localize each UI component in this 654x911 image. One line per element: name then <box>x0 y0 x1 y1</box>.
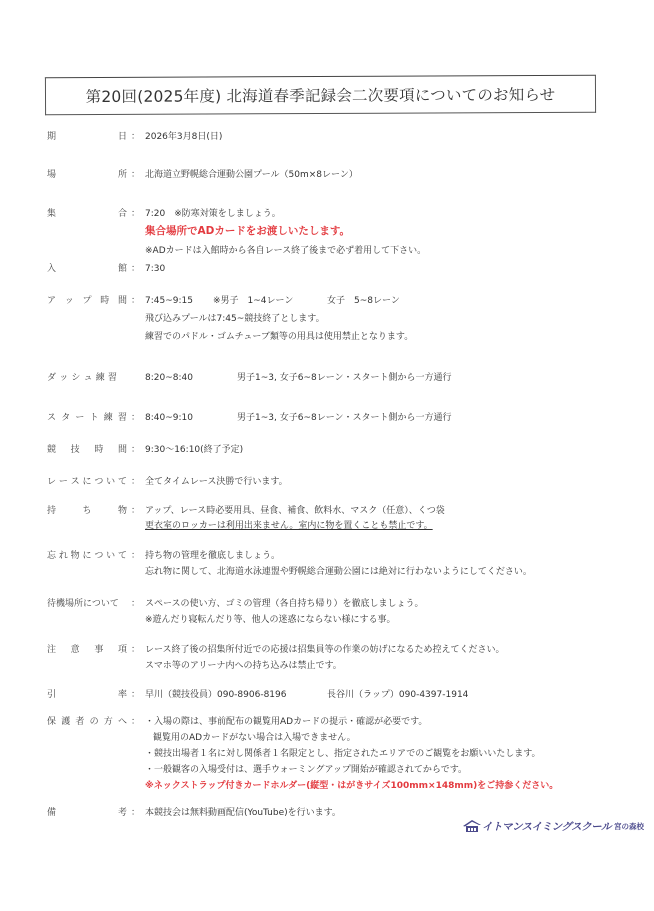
label-char: 練 <box>104 411 113 426</box>
colon: ： <box>131 549 140 564</box>
label-char: ー <box>75 411 84 426</box>
label-char: 技 <box>71 443 80 458</box>
label-char: 間 <box>118 443 127 458</box>
colon: ： <box>131 643 140 658</box>
label-date: 期 日 <box>47 130 127 145</box>
card-holder-notice: ※ネックストラップ付きカードホルダー(縦型・はがきサイズ100mm×148mm)… <box>145 779 558 794</box>
escort-contact-1: 早川（競技役員）090-8906-8196 <box>145 688 286 703</box>
label-char: に <box>82 549 91 564</box>
colon: ： <box>131 294 140 309</box>
label-char: 間 <box>118 294 127 309</box>
label-start-practice: ス タ ー ト 練 習 <box>47 411 127 426</box>
label-warmup: ア ッ プ 時 間 <box>47 294 127 309</box>
label-char: つ <box>94 475 103 490</box>
guardians-line-4: ・一般観客の入場受付は、選手ウォーミングアップ開始が確認されてからです。 <box>145 763 467 778</box>
cautions-value: レース終了後の招集所付近での応援は招集員等の作業の妨げになるため控えてください。 <box>145 643 505 658</box>
label-char: タ <box>61 411 70 426</box>
logo-name: イトマンスイミングスクール <box>482 819 611 834</box>
label-char: 習 <box>108 371 117 386</box>
label-char: ー <box>59 475 68 490</box>
remarks-value: 本競技会は無料動画配信(YouTube)を行います。 <box>145 806 341 821</box>
label-guardians: 保 護 者 の 方 へ <box>47 715 127 730</box>
label-char: ト <box>90 411 99 426</box>
label-char: 注 <box>47 643 56 658</box>
colon: ： <box>131 504 140 519</box>
label-char: い <box>106 549 115 564</box>
colon: ： <box>131 688 140 703</box>
label-char: つ <box>94 549 103 564</box>
label-char: ス <box>47 411 56 426</box>
warmup-equipment-note: 練習でのパドル・ゴムチューブ類等の用具は使用禁止となります。 <box>145 330 413 345</box>
label-char: 意 <box>71 643 80 658</box>
label-char: ッ <box>59 371 68 386</box>
colon: ： <box>131 443 140 458</box>
lost-items-value: 持ち物の管理を徹底しましょう。 <box>145 549 280 564</box>
label-char: 集 <box>47 207 56 222</box>
label-char: ち <box>82 504 91 519</box>
label-char: ア <box>47 294 56 309</box>
label-char: 日 <box>118 130 127 145</box>
label-char: 時 <box>94 443 103 458</box>
guardians-line-3: ・競技出場者１名に対し関係者１名限定とし、指定されたエリアでのご観覧をお願いいた… <box>145 747 541 762</box>
label-char: へ <box>118 715 127 730</box>
warmup-boys-lanes: ※男子 1~4レーン <box>213 294 293 309</box>
house-icon <box>462 819 482 833</box>
label-escort: 引 率 <box>47 688 127 703</box>
logo-branch: 宮の森校 <box>614 821 644 832</box>
colon: ： <box>131 597 140 612</box>
colon: ： <box>131 130 140 145</box>
belongings-value: アップ、レース時必要用具、昼食、補食、飲料水、マスク（任意）、くつ袋 <box>145 504 445 519</box>
cautions-note: スマホ等のアリーナ内への持ち込みは禁止です。 <box>145 659 342 674</box>
label-char: い <box>106 475 115 490</box>
label-char: に <box>82 475 91 490</box>
guardians-line-2: 観覧用のADカードがない場合は入場できません。 <box>153 731 356 746</box>
label-char: れ <box>59 549 68 564</box>
label-char: 期 <box>47 130 56 145</box>
colon: ： <box>131 715 140 730</box>
start-practice-time: 8:40~9:10 <box>145 411 193 426</box>
colon: ： <box>131 168 140 183</box>
label-char: 引 <box>47 688 56 703</box>
school-logo: イトマンスイミングスクール 宮の森校 <box>462 816 644 836</box>
label-char: 場 <box>47 168 56 183</box>
ad-card-note: ※ADカードは入館時から各自レース終了後まで必ず着用して下さい。 <box>145 244 426 259</box>
entry-value: 7:30 <box>145 262 165 277</box>
colon: ： <box>131 262 140 277</box>
label-char: 練 <box>96 371 105 386</box>
label-char: 時 <box>100 294 109 309</box>
label-char: ュ <box>84 371 93 386</box>
label-race: レ ー ス に つ い て <box>47 475 127 490</box>
colon: ： <box>131 411 140 426</box>
ad-card-notice: 集合場所でADカードをお渡しいたします。 <box>145 224 350 239</box>
label-assembly: 集 合 <box>47 207 127 222</box>
label-venue: 場 所 <box>47 168 127 183</box>
label-char: シ <box>71 371 80 386</box>
label-char: 所 <box>118 168 127 183</box>
colon: ： <box>131 475 140 490</box>
waiting-area-value: スペースの使い方、ゴミの管理（各自持ち帰り）を徹底しましょう。 <box>145 597 424 612</box>
label-entry: 入 館 <box>47 262 127 277</box>
label-cautions: 注 意 事 項 <box>47 643 127 658</box>
dash-time: 8:20~8:40 <box>145 371 193 386</box>
label-competition: 競 技 時 間 <box>47 443 127 458</box>
label-char: 合 <box>118 207 127 222</box>
label-char: 者 <box>75 715 84 730</box>
label-char: プ <box>82 294 91 309</box>
venue-value: 北海道立野幌総合運動公園プール（50m×8レーン） <box>145 168 358 183</box>
escort-contact-2: 長谷川（ラップ）090-4397-1914 <box>327 688 468 703</box>
label-dash: ダ ッ シ ュ 練 習 <box>47 371 117 386</box>
label-char: て <box>118 475 127 490</box>
colon: ： <box>131 207 140 222</box>
label-char: 事 <box>94 643 103 658</box>
label-char: 率 <box>118 688 127 703</box>
dash-detail: 男子1~3, 女子6~8レーン・スタート側から一方通行 <box>237 371 452 386</box>
guardians-line-1: ・入場の際は、事前配布の観覧用ADカードの提示・確認が必要です。 <box>145 715 427 730</box>
page-title: 第20回(2025年度) 北海道春季記録会二次要項についてのお知らせ <box>86 83 556 107</box>
label-waiting-area: 待機場所について <box>47 597 127 612</box>
label-char: ッ <box>65 294 74 309</box>
warmup-diving-pool: 飛び込みプールは7:45~競技終了とします。 <box>145 312 325 327</box>
label-char: て <box>118 549 127 564</box>
label-char: 習 <box>118 411 127 426</box>
competition-time: 9:30～16:10(終了予定) <box>145 443 243 458</box>
warmup-girls-lanes: 女子 5~8レーン <box>327 294 400 309</box>
locker-note: 更衣室のロッカーは利用出来ません。室内に物を置くことも禁止です。 <box>145 519 433 534</box>
label-char: ス <box>71 475 80 490</box>
title-box: 第20回(2025年度) 北海道春季記録会二次要項についてのお知らせ <box>45 75 596 115</box>
warmup-time: 7:45~9:15 <box>145 294 193 309</box>
label-char: 館 <box>118 262 127 277</box>
label-char: 考 <box>118 806 127 821</box>
colon: ： <box>131 806 140 821</box>
label-char: 物 <box>71 549 80 564</box>
label-belongings: 持 ち 物 <box>47 504 127 519</box>
start-practice-detail: 男子1~3, 女子6~8レーン・スタート側から一方通行 <box>237 411 452 426</box>
label-char: の <box>90 715 99 730</box>
assembly-time: 7:20 ※防寒対策をしましょう。 <box>145 207 281 222</box>
race-value: 全てタイムレース決勝で行います。 <box>145 475 288 490</box>
label-char: 持 <box>47 504 56 519</box>
label-char: 入 <box>47 262 56 277</box>
date-value: 2026年3月8日(日) <box>145 130 222 145</box>
waiting-area-note: ※遊んだり寝転んだり等、他人の迷惑にならない様にする事。 <box>145 613 396 628</box>
label-lost-items: 忘 れ 物 に つ い て <box>47 549 127 564</box>
label-char: 保 <box>47 715 56 730</box>
lost-items-note: 忘れ物に関して、北海道水泳連盟や野幌総合運動公園には絶対に行わないようにしてくだ… <box>145 565 532 580</box>
label-char: ダ <box>47 371 56 386</box>
label-char: 護 <box>61 715 70 730</box>
label-char: 競 <box>47 443 56 458</box>
label-char: 備 <box>47 806 56 821</box>
label-char: 方 <box>104 715 113 730</box>
label-remarks: 備 考 <box>47 806 127 821</box>
label-char: 忘 <box>47 549 56 564</box>
label-char: レ <box>47 475 56 490</box>
label-char: 項 <box>118 643 127 658</box>
label-char: 待機場所について <box>47 597 119 612</box>
label-char: 物 <box>118 504 127 519</box>
